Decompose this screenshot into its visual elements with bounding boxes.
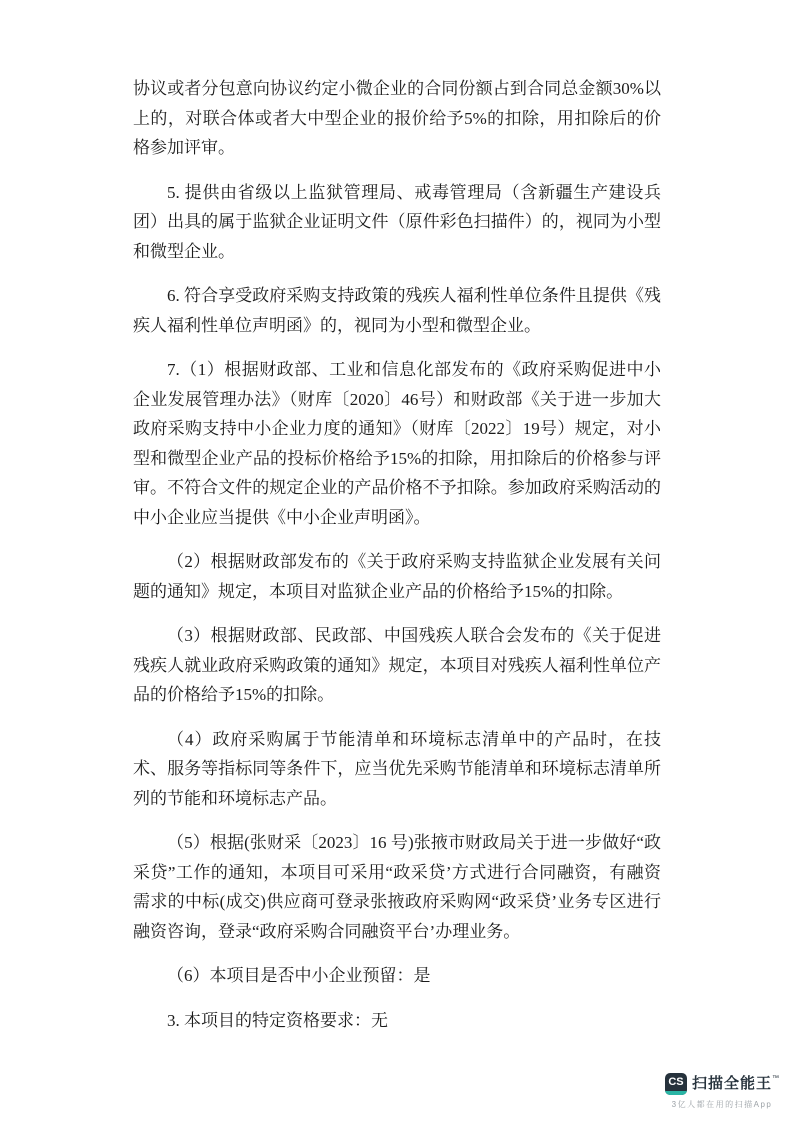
camscanner-watermark: CS 扫描全能王™ 3亿人都在用的扫描App — [667, 1073, 777, 1110]
paragraph-item-7-sub-5: （5）根据(张财采〔2023〕16 号)张掖市财政局关于进一步做好“政采贷”工作… — [133, 828, 661, 946]
document-body: 协议或者分包意向协议约定小微企业的合同份额占到合同总金额30%以上的，对联合体或… — [133, 74, 661, 1050]
paragraph-item-6: 6. 符合享受政府采购支持政策的残疾人福利性单位条件且提供《残疾人福利性单位声明… — [133, 281, 661, 340]
scanned-document-page: 协议或者分包意向协议约定小微企业的合同份额占到合同总金额30%以上的，对联合体或… — [0, 0, 793, 1122]
camscanner-brand-name: 扫描全能王™ — [692, 1075, 779, 1093]
paragraph-item-7-sub-4: （4）政府采购属于节能清单和环境标志清单中的产品时，在技术、服务等指标同等条件下… — [133, 725, 661, 814]
paragraph-item-7-sub-2: （2）根据财政部发布的《关于政府采购支持监狱企业发展有关问题的通知》规定，本项目… — [133, 547, 661, 606]
paragraph-item-7-sub-1: 7.（1）根据财政部、工业和信息化部发布的《政府采购促进中小企业发展管理办法》（… — [133, 355, 661, 532]
camscanner-tagline: 3亿人都在用的扫描App — [667, 1099, 777, 1110]
paragraph-continuation: 协议或者分包意向协议约定小微企业的合同份额占到合同总金额30%以上的，对联合体或… — [133, 74, 661, 163]
paragraph-item-3: 3. 本项目的特定资格要求：无 — [133, 1006, 661, 1036]
paragraph-item-7-sub-6: （6）本项目是否中小企业预留：是 — [133, 961, 661, 991]
camscanner-cs-icon: CS — [665, 1073, 687, 1095]
cs-badge-label: CS — [668, 1077, 683, 1088]
paragraph-item-5: 5. 提供由省级以上监狱管理局、戒毒管理局（含新疆生产建设兵团）出具的属于监狱企… — [133, 178, 661, 267]
brand-name-text: 扫描全能王 — [692, 1075, 772, 1092]
trademark-symbol: ™ — [772, 1075, 779, 1082]
paragraph-item-7-sub-3: （3）根据财政部、民政部、中国残疾人联合会发布的《关于促进残疾人就业政府采购政策… — [133, 621, 661, 710]
cs-badge-accent-bar — [665, 1091, 687, 1095]
camscanner-logo-row: CS 扫描全能王™ — [667, 1073, 777, 1095]
